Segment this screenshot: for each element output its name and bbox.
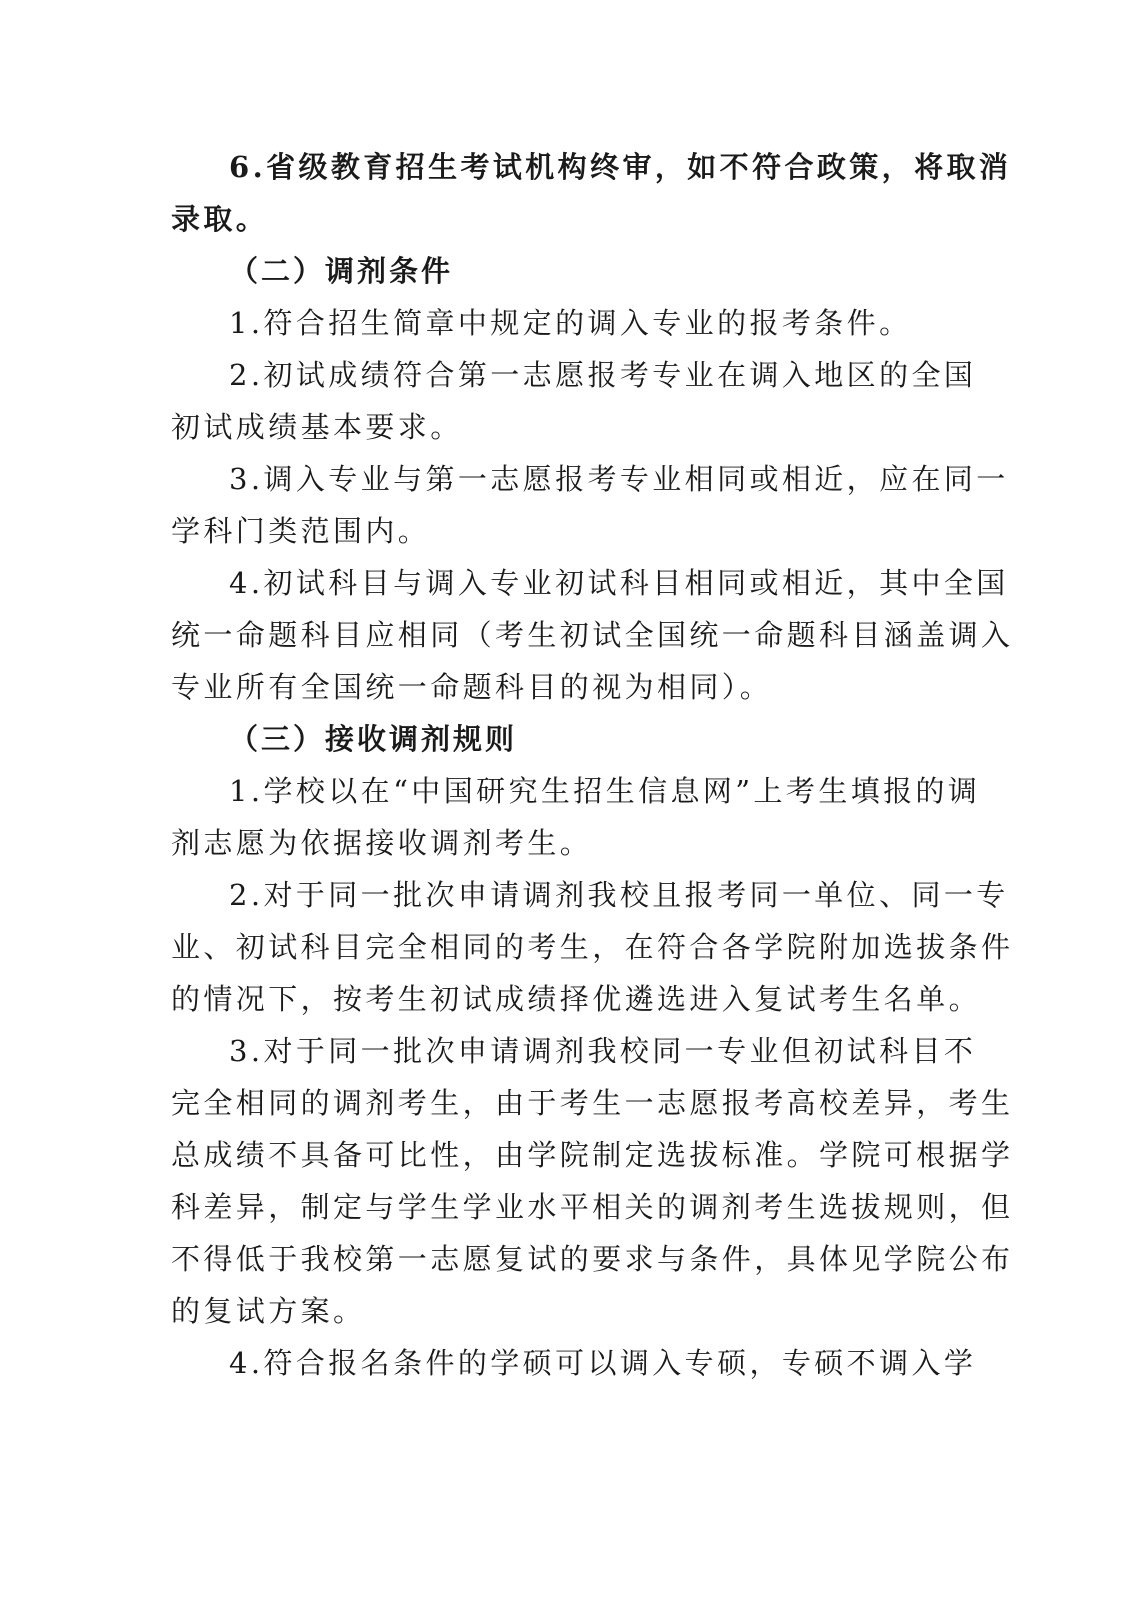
text-line-rule4: 4.符合报名条件的学硕可以调入专硕，专硕不调入学 [229, 1346, 976, 1380]
text-line: 初试成绩基本要求。 [171, 410, 463, 444]
text-line-item6: 6.省级教育招生考试机构终审，如不符合政策，将取消 [229, 150, 1011, 184]
text-line-condition1: 1.符合招生简章中规定的调入专业的报考条件。 [229, 306, 911, 340]
text-line: 不得低于我校第一志愿复试的要求与条件，具体见学院公布 [171, 1242, 1013, 1276]
text-line-rule2: 2.对于同一批次申请调剂我校且报考同一单位、同一专 [229, 878, 1009, 912]
text-line: 统一命题科目应相同（考生初试全国统一命题科目涵盖调入 [171, 618, 1013, 652]
text-line: 专业所有全国统一命题科目的视为相同）。 [171, 670, 772, 704]
text-line-rule3: 3.对于同一批次申请调剂我校同一专业但初试科目不 [229, 1034, 976, 1068]
text-line: 录取。 [171, 202, 268, 236]
text-line: 的情况下，按考生初试成绩择优遴选进入复试考生名单。 [171, 982, 981, 1016]
text-line: 的复试方案。 [171, 1294, 365, 1328]
text-line-condition3: 3.调入专业与第一志愿报考专业相同或相近，应在同一 [229, 462, 1009, 496]
text-line: 总成绩不具备可比性，由学院制定选拔标准。学院可根据学 [171, 1138, 1013, 1172]
text-line: 学科门类范围内。 [171, 514, 430, 548]
text-line: 科差异，制定与学生学业水平相关的调剂考生选拔规则，但 [171, 1190, 1013, 1224]
text-line: 剂志愿为依据接收调剂考生。 [171, 826, 592, 860]
text-line: 完全相同的调剂考生，由于考生一志愿报考高校差异，考生 [171, 1086, 1013, 1120]
section-heading-adjustment-conditions: （二）调剂条件 [229, 254, 453, 288]
text-line-condition2: 2.初试成绩符合第一志愿报考专业在调入地区的全国 [229, 358, 976, 392]
text-line-rule1: 1.学校以在“中国研究生招生信息网”上考生填报的调 [229, 774, 980, 808]
text-line: 业、初试科目完全相同的考生，在符合各学院附加选拔条件 [171, 930, 1013, 964]
text-line-condition4: 4.初试科目与调入专业初试科目相同或相近，其中全国 [229, 566, 1009, 600]
section-heading-adjustment-rules: （三）接收调剂规则 [229, 722, 517, 756]
